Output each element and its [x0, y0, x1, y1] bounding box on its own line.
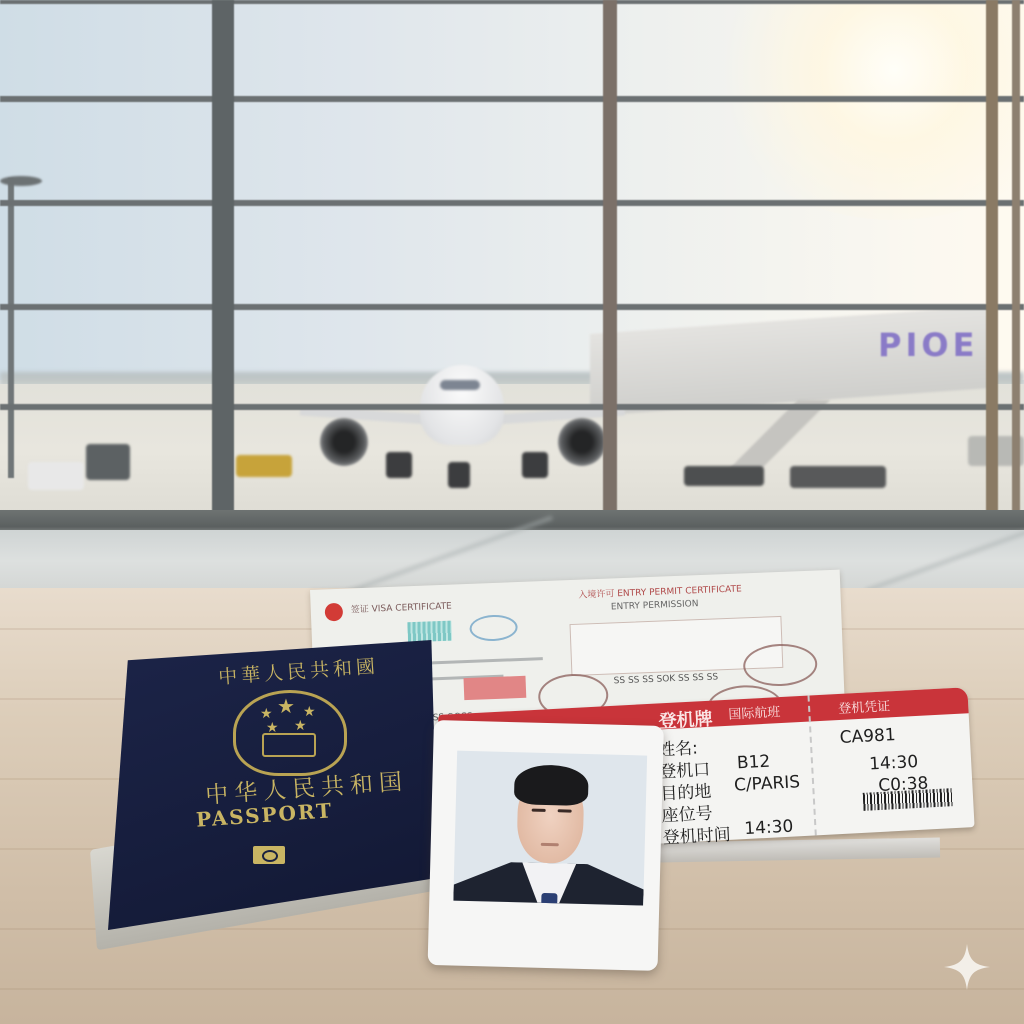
- eye: [558, 809, 572, 812]
- barcode-icon: [863, 788, 954, 811]
- field-boarding-time-value: 14:30: [744, 817, 794, 840]
- boarding-pass-header-mid: 国际航班: [728, 701, 781, 723]
- jet-bridge-label: PIOE: [878, 326, 978, 364]
- nose-landing-gear: [448, 462, 470, 488]
- left-landing-gear: [386, 452, 412, 478]
- light-pole-head: [0, 176, 42, 186]
- red-visa-stamp: [463, 676, 526, 700]
- red-seal-icon: [325, 603, 344, 622]
- window-transom: [0, 200, 1024, 206]
- emblem-gate: [262, 733, 316, 757]
- star-icon: ★: [277, 694, 295, 718]
- right-landing-gear: [522, 452, 548, 478]
- mouth: [541, 843, 559, 846]
- window-frame-top: [0, 0, 1024, 4]
- stub-flight-number: CA981: [839, 725, 896, 748]
- window-mullion: [212, 0, 234, 528]
- window-mullion: [603, 0, 617, 528]
- airplane-cockpit: [440, 380, 480, 390]
- tug-vehicle: [236, 455, 292, 477]
- id-photo: [453, 751, 647, 906]
- star-icon: ★: [294, 718, 307, 734]
- security-pattern: [407, 621, 452, 643]
- scene: PIOE 签证 VISA CERTIFICATE 入境许可 ENTRY PERM…: [0, 0, 1024, 1024]
- stub-time: 14:30: [869, 752, 919, 775]
- jet-bridge-wheels: [684, 466, 764, 486]
- visa-header-left: 签证 VISA CERTIFICATE: [351, 599, 452, 616]
- field-destination-value: C/PARIS: [734, 772, 801, 795]
- hologram-seal-icon: [469, 614, 518, 642]
- id-photo-card[interactable]: [428, 720, 664, 971]
- right-engine: [558, 418, 606, 466]
- visa-header-right: 入境许可 ENTRY PERMIT CERTIFICATE: [578, 581, 742, 600]
- wood-grain: [0, 988, 1024, 990]
- ground-vehicle: [28, 462, 84, 490]
- window-transom: [0, 404, 1024, 410]
- tie: [541, 893, 557, 905]
- cargo-container: [86, 444, 130, 480]
- window-transom: [0, 304, 1024, 310]
- window-transom: [0, 96, 1024, 102]
- boarding-pass-header-right: 登机凭证: [838, 695, 891, 717]
- biometric-chip-icon: [253, 846, 285, 864]
- left-engine: [320, 418, 368, 466]
- light-pole: [8, 178, 14, 478]
- window-mullion: [986, 0, 998, 528]
- window-mullion: [1012, 0, 1020, 528]
- sparkle-icon: [944, 944, 990, 990]
- stair-base: [790, 466, 886, 488]
- eye: [532, 809, 546, 812]
- field-boarding-time-label: 登机时间: [662, 820, 731, 849]
- visa-ref-line: SS SS SS SOK SS SS SS: [614, 672, 719, 686]
- field-gate-value: B12: [736, 752, 770, 774]
- boarding-pass-title: 登机牌: [658, 705, 713, 734]
- visa-sub-header: ENTRY PERMISSION: [611, 599, 699, 612]
- hair: [514, 764, 589, 806]
